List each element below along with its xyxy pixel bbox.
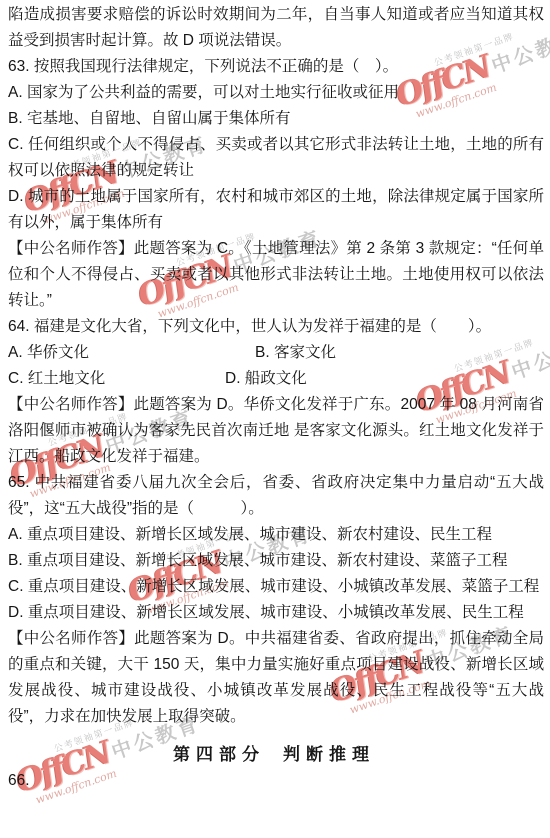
- question-64-option-b: B. 客家文化: [255, 340, 336, 366]
- section-header-gap: [265, 742, 283, 768]
- question-65-option-c: C. 重点项目建设、新增长区域发展、城市建设、小城镇改革发展、菜篮子工程: [8, 574, 544, 600]
- question-65-option-b: B. 重点项目建设、新增长区域发展、城市建设、新农村建设、菜篮子工程: [8, 548, 544, 574]
- question-64-option-d: D. 船政文化: [225, 366, 307, 392]
- question-64-teacher-answer: 【中公名师作答】此题答案为 D。华侨文化发祥于广东。2007 年 08 月河南省…: [8, 392, 544, 470]
- question-64-option-c: C. 红土地文化: [8, 366, 225, 392]
- previous-answer-continuation: 陷造成损害要求赔偿的诉讼时效期间为二年，自当事人知道或者应当知道其权益受到损害时…: [8, 2, 544, 54]
- question-63-stem: 63. 按照我国现行法律规定，下列说法不正确的是（ ）。: [8, 54, 544, 80]
- section-header: 第四部分 判断推理: [173, 742, 544, 768]
- section-part-label: 第四部分: [173, 742, 265, 768]
- question-63-option-b: B. 宅基地、自留地、自留山属于集体所有: [8, 106, 544, 132]
- question-65-stem: 65. 中共福建省委八届九次全会后，省委、省政府决定集中力量启动“五大战役”，这…: [8, 470, 544, 522]
- section-title: 判断推理: [283, 742, 375, 768]
- question-64-options-row-1: A. 华侨文化 B. 客家文化: [8, 340, 544, 366]
- question-63-teacher-answer: 【中公名师作答】此题答案为 C。《土地管理法》第 2 条第 3 款规定：“任何单…: [8, 236, 544, 314]
- question-65-teacher-answer: 【中公名师作答】此题答案为 D。中共福建省委、省政府提出，抓住牵动全局的重点和关…: [8, 626, 544, 730]
- question-64-option-a: A. 华侨文化: [8, 340, 255, 366]
- question-65-option-d: D. 重点项目建设、新增长区域发展、城市建设、小城镇改革发展、民生工程: [8, 600, 544, 626]
- question-63-option-d: D. 城市的土地属于国家所有，农村和城市郊区的土地，除法律规定属于国家所有以外，…: [8, 184, 544, 236]
- question-63-option-c: C. 任何组织或个人不得侵占、买卖或者以其它形式非法转让土地，土地的所有权可以依…: [8, 132, 544, 184]
- question-64-stem: 64. 福建是文化大省，下列文化中，世人认为发祥于福建的是（ ）。: [8, 314, 544, 340]
- question-64-options-row-2: C. 红土地文化 D. 船政文化: [8, 366, 544, 392]
- question-65-option-a: A. 重点项目建设、新增长区域发展、城市建设、新农村建设、民生工程: [8, 522, 544, 548]
- question-63-option-a: A. 国家为了公共利益的需要，可以对土地实行征收或征用: [8, 80, 544, 106]
- document-page: 陷造成损害要求赔偿的诉讼时效期间为二年，自当事人知道或者应当知道其权益受到损害时…: [8, 2, 544, 794]
- question-66-number: 66.: [8, 768, 544, 794]
